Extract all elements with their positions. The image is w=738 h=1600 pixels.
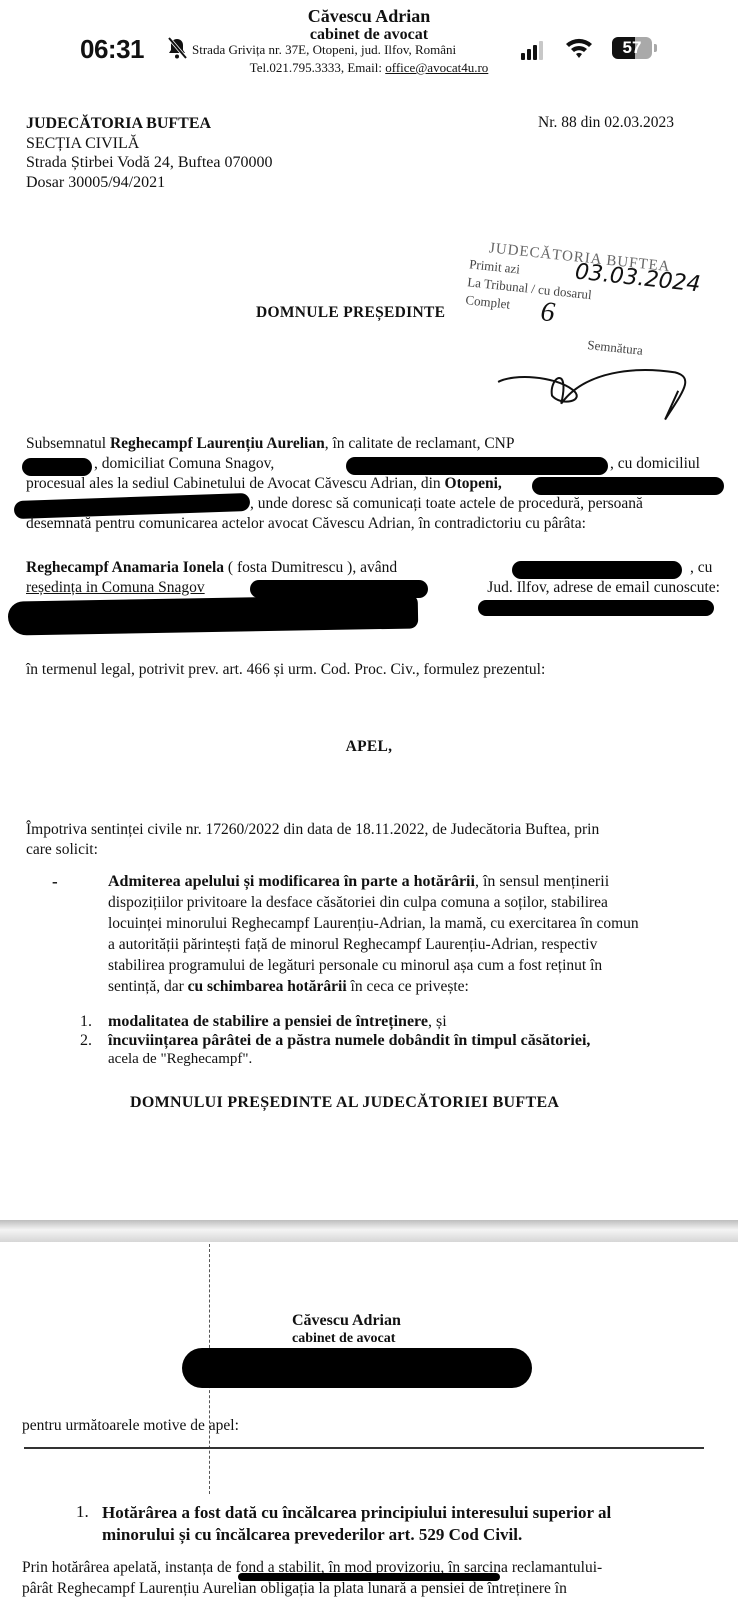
against-line-1: Împotriva sentinței civile nr. 17260/202…	[26, 820, 720, 841]
respondent-line-1-end: , cu	[690, 558, 712, 579]
court-name: JUDECĂTORIA BUFTEA	[26, 114, 273, 134]
battery-cap	[654, 44, 657, 52]
letterhead-address: Strada Grivița nr. 37E, Otopeni, jud. Il…	[192, 42, 456, 58]
claimant-prefix: Subsemnatul	[26, 435, 110, 452]
page-separator	[0, 1220, 738, 1242]
item-2-number: 2.	[80, 1031, 92, 1050]
redaction-page2-address	[182, 1348, 532, 1388]
against-line-2: care solicit:	[26, 840, 720, 861]
addressee: DOMNULUI PREȘEDINTE AL JUDECĂTORIEI BUFT…	[130, 1094, 559, 1112]
city-otopeni: Otopeni,	[445, 475, 502, 492]
respondent-emails-label: Jud. Ilfov, adrese de email cunoscute:	[428, 578, 720, 599]
redaction-emails-1	[8, 594, 419, 635]
body-line-2: pârât Reghecampf Laurențiu Aurelian obli…	[22, 1579, 722, 1600]
legal-basis: în termenul legal, potrivit prev. art. 4…	[26, 660, 720, 681]
grounds-intro: pentru următoarele motive de apel:	[22, 1416, 716, 1437]
salutation: DOMNULE PREȘEDINTE	[256, 304, 445, 322]
stamp-handwritten-date: 03.03.2024	[574, 259, 702, 297]
request-line-6-a: sentință, dar	[108, 978, 188, 995]
battery-indicator: 57	[612, 37, 652, 59]
letterhead-name: Căvescu Adrian	[0, 6, 738, 27]
claimant-domicile: , domiciliat Comuna Snagov,	[94, 454, 274, 475]
respondent-name: Reghecampf Anamaria Ionela	[26, 559, 224, 576]
redaction-office-address	[532, 477, 724, 495]
cellular-signal-icon	[521, 40, 543, 60]
item-2-tail: acela de "Reghecampf".	[108, 1050, 252, 1069]
respondent-former-name: ( fosta Dumitrescu ), având	[224, 559, 397, 576]
redaction-emails-2	[478, 600, 714, 616]
request-bullet: -	[52, 872, 58, 892]
contact-phone: Tel.021.795.3333, Email:	[250, 60, 386, 75]
contact-email-link[interactable]: office@avocat4u.ro	[385, 60, 488, 75]
request-line-4: a autorității părintești față de minorul…	[108, 935, 720, 956]
item-1-text: modalitatea de stabilire a pensiei de în…	[108, 1013, 428, 1030]
page2-letterhead-subtitle: cabinet de avocat	[292, 1331, 395, 1347]
heading-apel: APEL,	[0, 738, 738, 756]
item-1: modalitatea de stabilire a pensiei de în…	[108, 1012, 447, 1031]
status-time: 06:31	[80, 34, 144, 65]
request-line-2: dispozițiilor privitoare la desface căsă…	[108, 893, 720, 914]
motive-1-line-1: Hotărârea a fost dată cu încălcarea prin…	[102, 1502, 611, 1524]
respondent-line-1: Reghecampf Anamaria Ionela ( fosta Dumit…	[26, 558, 397, 579]
request-line-1: Admiterea apelului și modificarea în par…	[108, 872, 720, 893]
request-line-1-rest: , în sensul menținerii	[475, 873, 609, 890]
request-line-5: stabilirea programului de legături perso…	[108, 956, 720, 977]
request-line-6: sentință, dar cu schimbarea hotărârii în…	[108, 977, 720, 998]
item-2-text: încuviințarea pârâtei de a păstra numele…	[108, 1031, 590, 1050]
request-change: cu schimbarea hotărârii	[188, 978, 347, 995]
page2-letterhead-name: Căvescu Adrian	[292, 1312, 401, 1330]
claimant-line-4: , unde doresc să comunicați toate actele…	[250, 494, 720, 515]
redaction-address	[346, 457, 608, 475]
respondent-residence: reședința in Comuna Snagov	[26, 578, 205, 599]
court-stamp: JUDECĂTORIA BUFTEA Primit azi 03.03.2024…	[450, 238, 726, 434]
request-line-3: locuinței minorului Reghecampf Laurențiu…	[108, 914, 720, 935]
claimant-line-3: procesual ales la sediul Cabinetului de …	[26, 474, 502, 495]
item-1-number: 1.	[80, 1012, 92, 1031]
motive-1-number: 1.	[76, 1502, 89, 1521]
request-lead: Admiterea apelului și modificarea în par…	[108, 873, 475, 890]
signature-scribble	[490, 342, 706, 434]
claimant-domicile-end: , cu domiciliul	[610, 454, 700, 475]
claimant-role: , în calitate de reclamant, CNP	[325, 435, 515, 452]
court-section: SECȚIA CIVILĂ	[26, 134, 273, 154]
registration-number: Nr. 88 din 02.03.2023	[538, 114, 674, 132]
claimant-name: Reghecampf Laurențiu Aurelian	[110, 435, 325, 452]
claimant-line-1: Subsemnatul Reghecampf Laurențiu Aurelia…	[26, 434, 720, 455]
item-1-tail: , și	[428, 1013, 447, 1030]
battery-percent: 57	[612, 37, 652, 59]
request-line-6-b: în ceca ce privește:	[347, 978, 469, 995]
file-number: Dosar 30005/94/2021	[26, 173, 273, 193]
letterhead-rule	[24, 1447, 704, 1449]
motive-1-line-2: minorului și cu încălcarea prevederilor …	[102, 1524, 522, 1546]
stamp-handwritten-complet: 6	[539, 296, 556, 329]
court-address: Strada Știrbei Vodă 24, Buftea 070000	[26, 153, 273, 173]
stamp-complet: Complet	[465, 292, 511, 313]
court-block: JUDECĂTORIA BUFTEA SECȚIA CIVILĂ Strada …	[26, 114, 273, 192]
wifi-icon	[564, 36, 594, 60]
procedural-domicile: procesual ales la sediul Cabinetului de …	[26, 475, 445, 492]
claimant-line-5: desemnată pentru comunicarea actelor avo…	[26, 514, 720, 535]
bell-slash-icon	[166, 36, 188, 60]
redaction-cnp-respondent	[512, 561, 682, 579]
